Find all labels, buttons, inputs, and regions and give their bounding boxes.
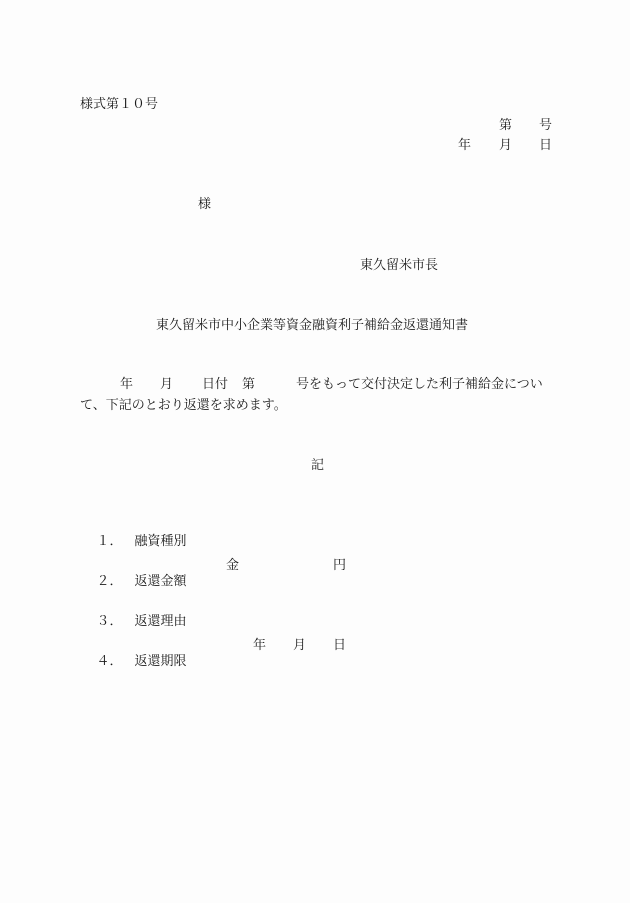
deadline-day: 日	[333, 638, 346, 654]
body-line2: て、下記のとおり返還を求めます。	[80, 398, 287, 414]
issue-date-day: 日	[539, 138, 552, 154]
item-number: ３．	[97, 614, 135, 630]
body-month: 月	[160, 377, 173, 393]
body-line1-rest: 号をもって交付決定した利子補給金につい	[296, 377, 543, 393]
issue-date-month: 月	[499, 138, 512, 154]
document-title: 東久留米市中小企業等資金融資利子補給金返還通知書	[156, 318, 468, 334]
item-number: ２．	[97, 574, 135, 590]
body-number-prefix: 第	[242, 377, 255, 393]
amount-yen: 円	[333, 558, 346, 574]
issue-date-year: 年	[458, 138, 471, 154]
item-number: ４．	[97, 654, 135, 670]
issuer-name: 東久留米市長	[360, 258, 438, 274]
body-year: 年	[120, 377, 133, 393]
item-label: 返還理由	[135, 614, 187, 630]
addressee-honorific: 様	[198, 197, 211, 213]
deadline-month: 月	[293, 638, 306, 654]
body-day: 日付	[202, 377, 228, 393]
deadline-year: 年	[253, 638, 266, 654]
doc-number-suffix: 号	[539, 118, 552, 134]
item-label: 融資種別	[135, 534, 187, 550]
ki-heading: 記	[311, 458, 324, 474]
doc-number-prefix: 第	[499, 118, 512, 134]
item-label: 返還期限	[135, 654, 187, 670]
form-number: 様式第１０号	[80, 97, 158, 113]
amount-kin: 金	[226, 558, 239, 574]
item-label: 返還金額	[135, 574, 187, 590]
item-repayment-deadline: ４．返還期限	[80, 638, 187, 686]
item-number: １．	[97, 534, 135, 550]
